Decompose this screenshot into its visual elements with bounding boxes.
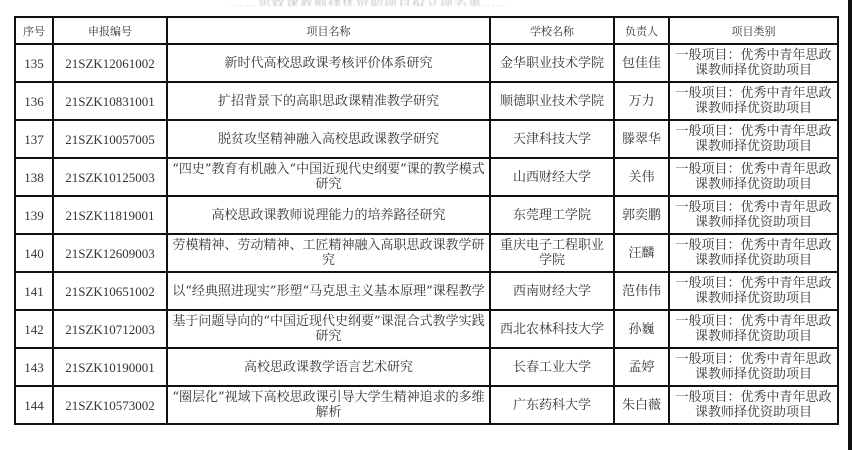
cell-category: 一般项目：优秀中青年思政课教师择优资助项目 <box>669 82 838 120</box>
cell-project: 高校思政课教师说理能力的培养路径研究 <box>167 196 490 234</box>
cell-person: 郭奕鹏 <box>614 196 669 234</box>
table-row: 140 21SZK12609003 劳模精神、劳动精神、工匠精神融入高职思政课教… <box>15 234 838 272</box>
cell-person: 范伟伟 <box>614 272 669 310</box>
cell-project: 新时代高校思政课考核评价体系研究 <box>167 44 490 82</box>
cell-person: 孟婷 <box>614 348 669 386</box>
cell-no: 138 <box>15 158 53 196</box>
header-person: 负责人 <box>614 17 669 44</box>
cell-school: 东莞理工学院 <box>490 196 614 234</box>
table-row: 141 21SZK10651002 以“经典照进现实”形塑“马克思主义基本原理”… <box>15 272 838 310</box>
cell-school: 长春工业大学 <box>490 348 614 386</box>
cell-category: 一般项目：优秀中青年思政课教师择优资助项目 <box>669 158 838 196</box>
cell-code: 21SZK10125003 <box>53 158 167 196</box>
cell-category: 一般项目：优秀中青年思政课教师择优资助项目 <box>669 310 838 348</box>
page-edge-bar <box>848 0 852 450</box>
cell-code: 21SZK10712003 <box>53 310 167 348</box>
header-code: 申报编号 <box>53 17 167 44</box>
cell-code: 21SZK12609003 <box>53 234 167 272</box>
cell-category: 一般项目：优秀中青年思政课教师择优资助项目 <box>669 348 838 386</box>
cell-code: 21SZK10057005 <box>53 120 167 158</box>
cell-school: 西北农林科技大学 <box>490 310 614 348</box>
table-row: 142 21SZK10712003 基于问题导向的“中国近现代史纲要”课混合式教… <box>15 310 838 348</box>
cell-person: 包佳佳 <box>614 44 669 82</box>
header-category: 项目类别 <box>669 17 838 44</box>
cell-category: 一般项目：优秀中青年思政课教师择优资助项目 <box>669 44 838 82</box>
cell-school: 金华职业技术学院 <box>490 44 614 82</box>
cell-no: 137 <box>15 120 53 158</box>
cell-school: 山西财经大学 <box>490 158 614 196</box>
cell-project: “四史”教育有机融入“中国近现代史纲要”课的教学模式研究 <box>167 158 490 196</box>
cell-person: 关伟 <box>614 158 669 196</box>
cell-no: 144 <box>15 386 53 424</box>
cell-no: 135 <box>15 44 53 82</box>
cell-project: 高校思政课教学语言艺术研究 <box>167 348 490 386</box>
table-row: 139 21SZK11819001 高校思政课教师说理能力的培养路径研究 东莞理… <box>15 196 838 234</box>
cell-category: 一般项目：优秀中青年思政课教师择优资助项目 <box>669 386 838 424</box>
cell-code: 21SZK12061002 <box>53 44 167 82</box>
cell-category: 一般项目：优秀中青年思政课教师择优资助项目 <box>669 196 838 234</box>
cell-project: 基于问题导向的“中国近现代史纲要”课混合式教学实践研究 <box>167 310 490 348</box>
cell-code: 21SZK10651002 <box>53 272 167 310</box>
table-row: 138 21SZK10125003 “四史”教育有机融入“中国近现代史纲要”课的… <box>15 158 838 196</box>
cell-project: 劳模精神、劳动精神、工匠精神融入高职思政课教学研究 <box>167 234 490 272</box>
cell-code: 21SZK10190001 <box>53 348 167 386</box>
table-row: 143 21SZK10190001 高校思政课教学语言艺术研究 长春工业大学 孟… <box>15 348 838 386</box>
table-row: 144 21SZK10573002 “圈层化”视域下高校思政课引导大学生精神追求… <box>15 386 838 424</box>
document-title-fragment: ……思政课教师择优资助项目拟立项名单…… <box>230 0 670 6</box>
table-header-row: 序号 申报编号 项目名称 学校名称 负责人 项目类别 <box>15 17 838 44</box>
cell-no: 142 <box>15 310 53 348</box>
cell-project: 脱贫攻坚精神融入高校思政课教学研究 <box>167 120 490 158</box>
cell-person: 孙巍 <box>614 310 669 348</box>
cell-no: 143 <box>15 348 53 386</box>
cell-person: 滕翠华 <box>614 120 669 158</box>
table-row: 135 21SZK12061002 新时代高校思政课考核评价体系研究 金华职业技… <box>15 44 838 82</box>
cell-project: 以“经典照进现实”形塑“马克思主义基本原理”课程教学 <box>167 272 490 310</box>
cell-no: 141 <box>15 272 53 310</box>
cell-no: 139 <box>15 196 53 234</box>
header-no: 序号 <box>15 17 53 44</box>
header-school: 学校名称 <box>490 17 614 44</box>
cell-code: 21SZK10831001 <box>53 82 167 120</box>
cell-category: 一般项目：优秀中青年思政课教师择优资助项目 <box>669 120 838 158</box>
cell-school: 西南财经大学 <box>490 272 614 310</box>
cell-school: 天津科技大学 <box>490 120 614 158</box>
cell-person: 汪麟 <box>614 234 669 272</box>
cell-project: 扩招背景下的高职思政课精准教学研究 <box>167 82 490 120</box>
cell-category: 一般项目：优秀中青年思政课教师择优资助项目 <box>669 272 838 310</box>
cell-no: 140 <box>15 234 53 272</box>
table-row: 137 21SZK10057005 脱贫攻坚精神融入高校思政课教学研究 天津科技… <box>15 120 838 158</box>
cell-no: 136 <box>15 82 53 120</box>
cell-school: 顺德职业技术学院 <box>490 82 614 120</box>
cell-code: 21SZK10573002 <box>53 386 167 424</box>
cell-school: 重庆电子工程职业学院 <box>490 234 614 272</box>
cell-project: “圈层化”视域下高校思政课引导大学生精神追求的多维解析 <box>167 386 490 424</box>
table-row: 136 21SZK10831001 扩招背景下的高职思政课精准教学研究 顺德职业… <box>15 82 838 120</box>
cell-person: 万力 <box>614 82 669 120</box>
cell-school: 广东药科大学 <box>490 386 614 424</box>
cell-category: 一般项目：优秀中青年思政课教师择优资助项目 <box>669 234 838 272</box>
cell-code: 21SZK11819001 <box>53 196 167 234</box>
cell-person: 朱白薇 <box>614 386 669 424</box>
project-list-table: 序号 申报编号 项目名称 学校名称 负责人 项目类别 135 21SZK1206… <box>14 16 839 425</box>
header-project: 项目名称 <box>167 17 490 44</box>
